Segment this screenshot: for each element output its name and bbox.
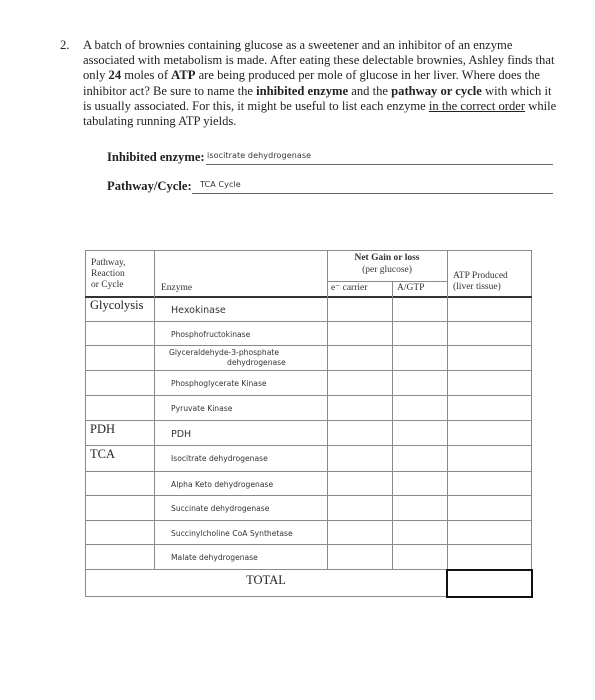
header-atp-produced: ATP Produced (liver tissue) [453, 271, 508, 293]
header-pathway-line2: Reaction [91, 269, 125, 280]
table-row: PDHPDH [85, 421, 531, 446]
row-agtp-cell[interactable] [393, 396, 447, 421]
row-enzyme: Isocitrate dehydrogenase [171, 454, 268, 463]
row-e-carrier-cell[interactable] [328, 472, 392, 496]
pathway-label: Pathway/Cycle: [107, 179, 192, 193]
table-row: Succinylcholine CoA Synthetase [85, 521, 531, 545]
header-per-glucose: (per glucose) [327, 265, 447, 276]
total-value-box[interactable] [446, 569, 533, 598]
atp-yield-table: Pathway, Reaction or Cycle Enzyme Net Ga… [85, 250, 531, 596]
row-enzyme: Succinate dehydrogenase [171, 504, 269, 513]
question-segment: 24 [109, 68, 122, 82]
row-enzyme-line2: dehydrogenase [227, 358, 286, 367]
pathway-value: TCA Cycle [200, 180, 241, 189]
question-body: A batch of brownies containing glucose a… [83, 38, 560, 129]
question-number: 2. [60, 38, 69, 53]
table-row: Malate dehydrogenase [85, 545, 531, 569]
header-pathway-line1: Pathway, [91, 258, 125, 269]
row-divider [85, 370, 531, 371]
row-atp-cell[interactable] [448, 421, 531, 446]
row-e-carrier-cell[interactable] [328, 421, 392, 446]
table-border-top [85, 250, 531, 251]
row-atp-cell[interactable] [448, 322, 531, 346]
inhibited-enzyme-underline [206, 164, 553, 165]
row-agtp-cell[interactable] [393, 496, 447, 521]
question-segment: moles of [121, 68, 171, 82]
header-enzyme: Enzyme [161, 283, 192, 294]
row-e-carrier-cell[interactable] [328, 446, 392, 472]
row-atp-cell[interactable] [448, 297, 531, 322]
table-row: Alpha Keto dehydrogenase [85, 472, 531, 496]
inhibited-enzyme-value: isocitrate dehydrogenase [207, 151, 311, 160]
row-enzyme: Succinylcholine CoA Synthetase [171, 529, 293, 538]
table-row: TCAIsocitrate dehydrogenase [85, 446, 531, 472]
row-atp-cell[interactable] [448, 521, 531, 545]
header-pathway-line3: or Cycle [91, 280, 125, 291]
row-agtp-cell[interactable] [393, 346, 447, 371]
row-agtp-cell[interactable] [393, 472, 447, 496]
row-enzyme: Glyceraldehyde-3-phosphate [169, 348, 279, 357]
row-agtp-cell[interactable] [393, 521, 447, 545]
row-enzyme: PDH [171, 429, 191, 440]
pathway-underline [192, 193, 553, 194]
pathway-field[interactable]: Pathway/Cycle: TCA Cycle [107, 179, 192, 194]
table-border-right [531, 250, 532, 597]
row-agtp-cell[interactable] [393, 371, 447, 396]
row-enzyme: Pyruvate Kinase [171, 404, 232, 413]
row-agtp-cell[interactable] [393, 545, 447, 569]
table-row: GlycolysisHexokinase [85, 297, 531, 322]
row-agtp-cell[interactable] [393, 297, 447, 322]
row-divider [85, 445, 531, 446]
header-pathway: Pathway, Reaction or Cycle [91, 258, 125, 291]
row-enzyme: Alpha Keto dehydrogenase [171, 480, 273, 489]
question-segment: pathway or cycle [391, 84, 482, 98]
row-divider [85, 420, 531, 421]
question-segment: inhibited enzyme [256, 84, 348, 98]
inhibited-enzyme-field[interactable]: Inhibited enzyme: isocitrate dehydrogena… [107, 150, 205, 165]
row-e-carrier-cell[interactable] [328, 396, 392, 421]
header-agtp: A/GTP [397, 283, 424, 294]
row-atp-cell[interactable] [448, 496, 531, 521]
row-pathway: PDH [90, 422, 115, 437]
row-e-carrier-cell[interactable] [328, 297, 392, 322]
row-divider [85, 321, 531, 322]
row-divider [85, 345, 531, 346]
row-agtp-cell[interactable] [393, 446, 447, 472]
row-atp-cell[interactable] [448, 446, 531, 472]
row-atp-cell[interactable] [448, 346, 531, 371]
table-row: Glyceraldehyde-3-phosphatedehydrogenase [85, 346, 531, 371]
header-atp-line2: (liver tissue) [453, 282, 508, 293]
row-divider [85, 471, 531, 472]
row-e-carrier-cell[interactable] [328, 496, 392, 521]
table-row: Pyruvate Kinase [85, 396, 531, 421]
inhibited-enzyme-label: Inhibited enzyme: [107, 150, 205, 164]
header-e-carrier: e⁻ carrier [331, 283, 367, 294]
row-e-carrier-cell[interactable] [328, 322, 392, 346]
row-pathway: Glycolysis [90, 298, 143, 313]
row-divider [85, 544, 531, 545]
header-atp-line1: ATP Produced [453, 271, 508, 282]
row-e-carrier-cell[interactable] [328, 371, 392, 396]
table-row: Phosphofructokinase [85, 322, 531, 346]
question-segment: in the correct order [429, 99, 525, 113]
header-net-gain: Net Gain or loss [327, 253, 447, 264]
question-segment: ATP [171, 68, 195, 82]
row-divider [85, 395, 531, 396]
table-row: Phosphoglycerate Kinase [85, 371, 531, 396]
row-atp-cell[interactable] [448, 472, 531, 496]
row-enzyme: Malate dehydrogenase [171, 553, 258, 562]
row-atp-cell[interactable] [448, 545, 531, 569]
row-enzyme: Hexokinase [171, 305, 226, 316]
row-pathway: TCA [90, 447, 115, 462]
total-label: TOTAL [85, 573, 447, 588]
header-subdivider [327, 281, 447, 282]
row-divider [85, 495, 531, 496]
row-enzyme: Phosphoglycerate Kinase [171, 379, 267, 388]
row-e-carrier-cell[interactable] [328, 545, 392, 569]
table-row: Succinate dehydrogenase [85, 496, 531, 521]
question-text: 2. A batch of brownies containing glucos… [60, 38, 560, 129]
row-atp-cell[interactable] [448, 396, 531, 421]
row-atp-cell[interactable] [448, 371, 531, 396]
row-divider [85, 520, 531, 521]
row-agtp-cell[interactable] [393, 322, 447, 346]
row-agtp-cell[interactable] [393, 421, 447, 446]
row-e-carrier-cell[interactable] [328, 521, 392, 545]
question-segment: and the [348, 84, 391, 98]
row-enzyme: Phosphofructokinase [171, 330, 250, 339]
row-e-carrier-cell[interactable] [328, 346, 392, 371]
